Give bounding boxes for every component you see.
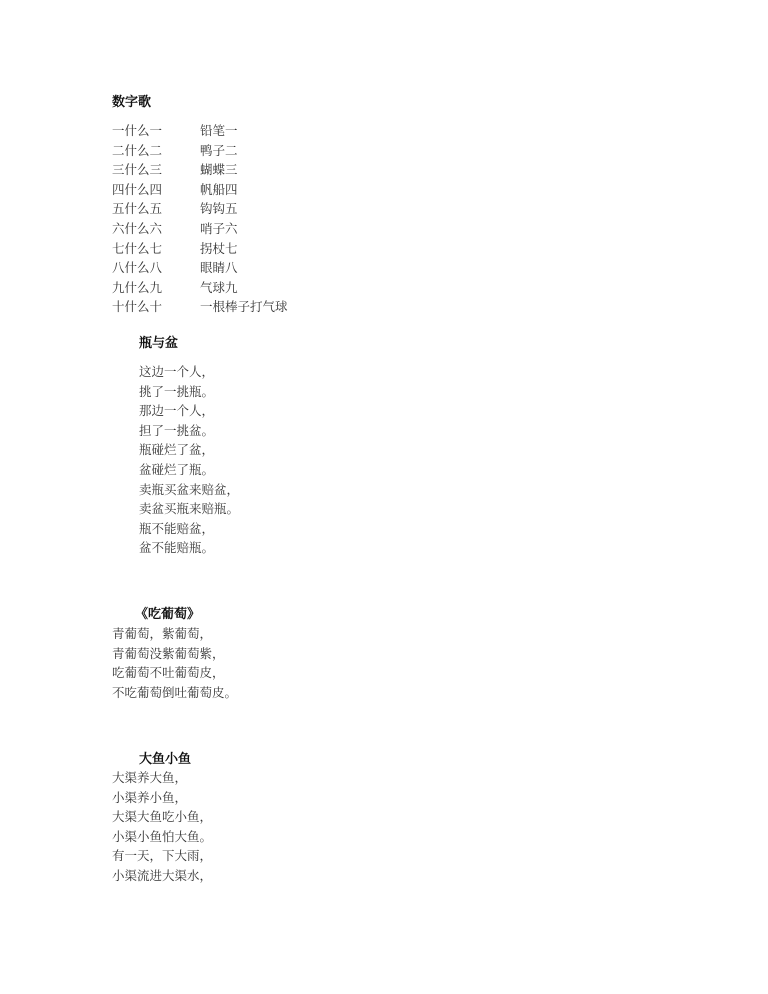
song1-q: 四什么四	[112, 180, 162, 200]
song1-a: 钩钩五	[200, 199, 288, 219]
song1-a: 哨子六	[200, 219, 288, 239]
song1-q: 二什么二	[112, 141, 162, 161]
song1-title: 数字歌	[112, 91, 151, 110]
song4-title: 大鱼小鱼	[139, 748, 191, 767]
song2-line: 挑了一挑瓶。	[139, 382, 239, 402]
song4-line: 小渠流进大渠水，	[112, 866, 212, 886]
song4-line: 有一天，下大雨，	[112, 846, 212, 866]
song3-line: 青葡萄，紫葡萄，	[112, 624, 237, 644]
song1-a: 鸭子二	[200, 141, 288, 161]
song1-q: 八什么八	[112, 258, 162, 278]
song2-line: 这边一个人，	[139, 362, 239, 382]
song4-line: 大渠养大鱼，	[112, 768, 212, 788]
song2-line: 盆不能赔瓶。	[139, 538, 239, 558]
song1-q: 七什么七	[112, 239, 162, 259]
song1-q: 九什么九	[112, 278, 162, 298]
song2-title: 瓶与盆	[139, 332, 178, 351]
song2-line: 那边一个人，	[139, 401, 239, 421]
song2-line: 盆碰烂了瓶。	[139, 460, 239, 480]
song3-line: 吃葡萄不吐葡萄皮，	[112, 663, 237, 683]
song1-a: 铅笔一	[200, 121, 288, 141]
song1-q: 五什么五	[112, 199, 162, 219]
song4-line: 小渠小鱼怕大鱼。	[112, 827, 212, 847]
song1-a: 拐杖七	[200, 239, 288, 259]
song3-line: 不吃葡萄倒吐葡萄皮。	[112, 683, 237, 703]
song2-line: 担了一挑盆。	[139, 421, 239, 441]
song2-line: 瓶不能赔盆，	[139, 519, 239, 539]
song1-a: 帆船四	[200, 180, 288, 200]
song3-title: 《吃葡萄》	[135, 603, 200, 622]
song1-answers: 铅笔一 鸭子二 蝴蝶三 帆船四 钩钩五 哨子六 拐杖七 眼睛八 气球九 一根棒子…	[200, 121, 288, 317]
song1-a: 气球九	[200, 278, 288, 298]
song4-line: 小渠养小鱼，	[112, 788, 212, 808]
song3-lines: 青葡萄，紫葡萄， 青葡萄没紫葡萄紫， 吃葡萄不吐葡萄皮， 不吃葡萄倒吐葡萄皮。	[112, 624, 237, 702]
song2-line: 卖盆买瓶来赔瓶。	[139, 499, 239, 519]
song1-a: 蝴蝶三	[200, 160, 288, 180]
song1-q: 十什么十	[112, 297, 162, 317]
song1-a: 眼睛八	[200, 258, 288, 278]
song3-line: 青葡萄没紫葡萄紫，	[112, 644, 237, 664]
song2-line: 瓶碰烂了盆，	[139, 440, 239, 460]
song1-q: 一什么一	[112, 121, 162, 141]
song1-q: 三什么三	[112, 160, 162, 180]
song4-lines: 大渠养大鱼， 小渠养小鱼， 大渠大鱼吃小鱼， 小渠小鱼怕大鱼。 有一天，下大雨，…	[112, 768, 212, 886]
song1-a: 一根棒子打气球	[200, 297, 288, 317]
song2-line: 卖瓶买盆来赔盆，	[139, 480, 239, 500]
song1-q: 六什么六	[112, 219, 162, 239]
song4-line: 大渠大鱼吃小鱼，	[112, 807, 212, 827]
song1-questions: 一什么一 二什么二 三什么三 四什么四 五什么五 六什么六 七什么七 八什么八 …	[112, 121, 162, 317]
song2-lines: 这边一个人， 挑了一挑瓶。 那边一个人， 担了一挑盆。 瓶碰烂了盆， 盆碰烂了瓶…	[139, 362, 239, 558]
